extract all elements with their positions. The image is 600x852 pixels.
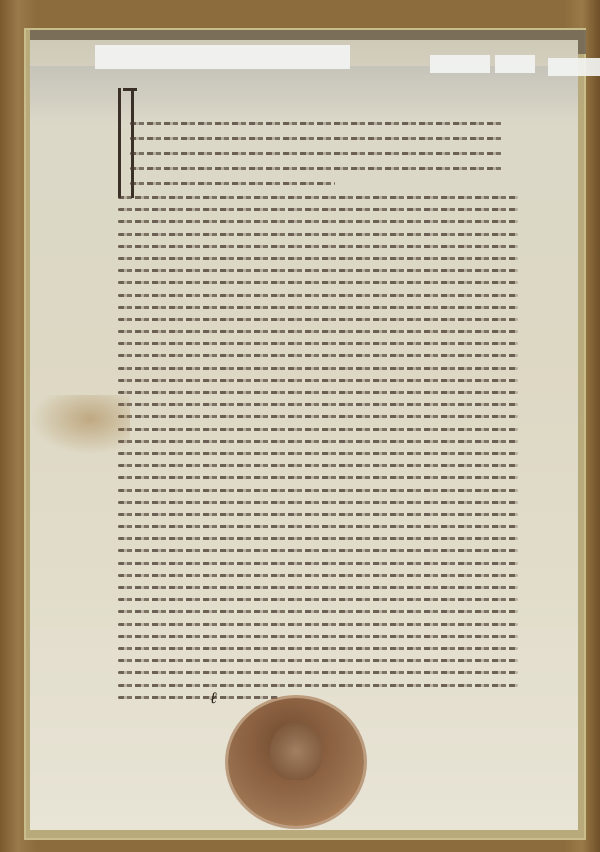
handwritten-line — [118, 594, 518, 604]
handwritten-line — [118, 411, 518, 421]
handwritten-line — [118, 302, 518, 312]
handwritten-line — [118, 619, 518, 629]
handwritten-line — [118, 448, 518, 458]
handwritten-line — [118, 655, 518, 665]
handwritten-line — [118, 424, 518, 434]
signature-mark: ℓ — [210, 688, 217, 708]
handwritten-line — [118, 363, 518, 373]
handwritten-line — [118, 643, 518, 653]
handwritten-line — [118, 216, 518, 226]
wax-seal — [228, 698, 364, 826]
light-reflection — [548, 58, 600, 76]
handwritten-line — [118, 204, 518, 214]
handwritten-line — [118, 497, 518, 507]
handwritten-line — [118, 265, 518, 275]
handwritten-line — [118, 485, 518, 495]
handwritten-line — [118, 277, 518, 287]
handwritten-line — [118, 229, 518, 239]
handwritten-line — [118, 570, 518, 580]
handwritten-line — [118, 314, 518, 324]
body-text-block — [118, 192, 518, 704]
handwritten-line — [118, 558, 518, 568]
handwritten-line — [118, 521, 518, 531]
handwritten-line — [118, 460, 518, 470]
handwritten-line — [118, 399, 518, 409]
handwritten-line — [118, 241, 518, 251]
handwritten-line — [118, 582, 518, 592]
light-reflection — [95, 45, 350, 69]
water-stain — [30, 395, 130, 455]
light-reflection — [495, 55, 535, 73]
double-headed-eagle-icon — [270, 722, 322, 780]
glass-reflection-haze — [30, 66, 578, 126]
handwritten-line — [118, 509, 518, 519]
handwritten-line — [118, 692, 278, 702]
handwritten-line — [118, 436, 518, 446]
handwritten-line — [118, 192, 518, 202]
handwritten-line — [118, 545, 518, 555]
handwritten-line — [118, 606, 518, 616]
header-text-block — [130, 118, 502, 193]
handwritten-line — [118, 326, 518, 336]
handwritten-line — [118, 338, 518, 348]
handwritten-line — [118, 667, 518, 677]
handwritten-line — [118, 253, 518, 263]
light-reflection — [430, 55, 490, 73]
handwritten-line — [118, 375, 518, 385]
handwritten-line — [118, 350, 518, 360]
handwritten-line — [118, 680, 518, 690]
handwritten-line — [118, 387, 518, 397]
handwritten-line — [118, 533, 518, 543]
handwritten-line — [118, 290, 518, 300]
handwritten-line — [118, 631, 518, 641]
handwritten-line — [118, 472, 518, 482]
